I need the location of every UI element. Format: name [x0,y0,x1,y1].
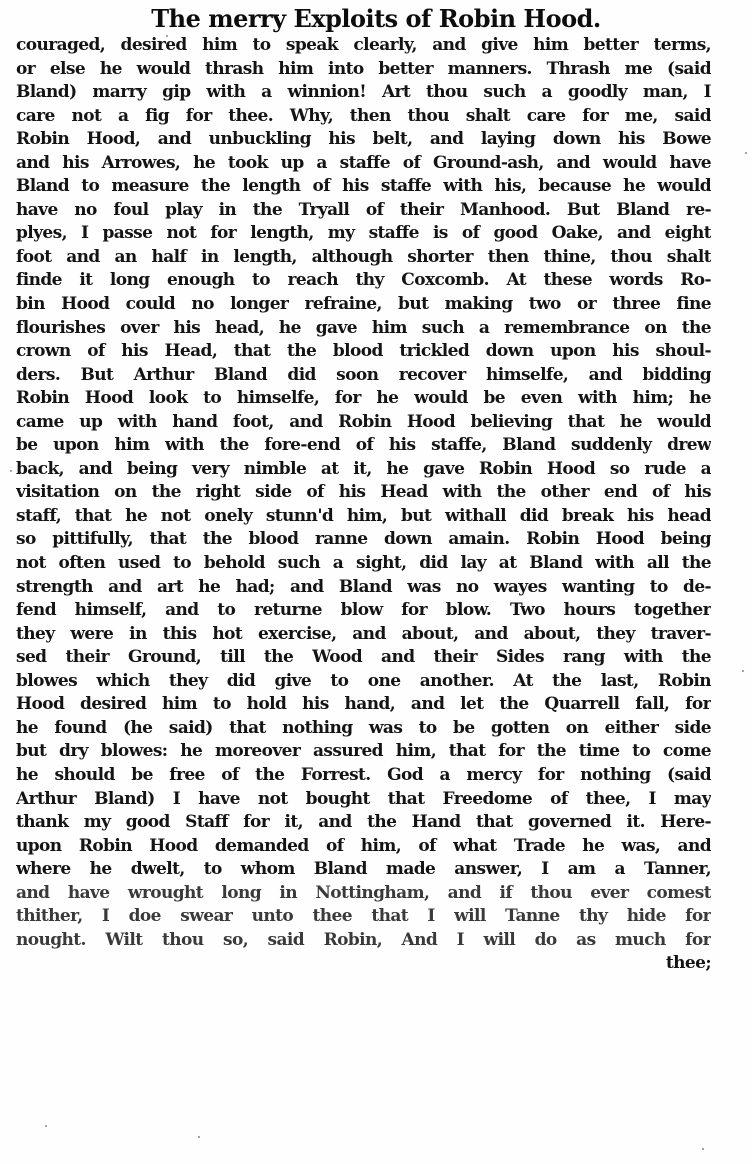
text-line: Robin Hood, and unbuckling his belt, and… [16,128,711,152]
text-line: and his Arrowes, he took up a staffe of … [16,152,711,176]
text-line: upon Robin Hood demanded of him, of what… [16,835,711,859]
text-line: they were in this hot exercise, and abou… [16,623,711,647]
text-line: Hood desired him to hold his hand, and l… [16,693,711,717]
text-line: visitation on the right side of his Head… [16,481,711,505]
print-speck [742,670,744,672]
text-line: came up with hand foot, and Robin Hood b… [16,411,711,435]
catchword: thee; [16,952,711,976]
text-line: sed their Ground, till the Wood and thei… [16,646,711,670]
text-line: back, and being very nimble at it, he ga… [16,458,711,482]
text-line: flourishes over his head, he gave him su… [16,317,711,341]
print-speck [198,1136,200,1138]
text-line: where he dwelt, to whom Bland made answe… [16,858,711,882]
print-speck [745,152,747,154]
text-line: strength and art he had; and Bland was n… [16,576,711,600]
text-line: but dry blowes: he moreover assured him,… [16,740,711,764]
print-speck [45,1125,47,1127]
text-line: not often used to behold such a sight, d… [16,552,711,576]
page-body-text: couraged, desired him to speak clearly, … [16,34,711,976]
text-line: fend himself, and to returne blow for bl… [16,599,711,623]
text-line: so pittifully, that the blood ranne down… [16,528,711,552]
text-line: Arthur Bland) I have not bought that Fre… [16,788,711,812]
text-line: Bland to measure the length of his staff… [16,175,711,199]
text-line: be upon him with the fore-end of his sta… [16,434,711,458]
text-line: finde it long enough to reach thy Coxcom… [16,269,711,293]
print-speck [702,1148,704,1150]
print-speck [10,470,12,472]
text-line: ders. But Arthur Bland did soon recover … [16,364,711,388]
text-line: couraged, desired him to speak clearly, … [16,34,711,58]
text-line: foot and an half in length, although sho… [16,246,711,270]
book-page: The merry Exploits of Robin Hood. courag… [0,0,752,1164]
text-line: Bland) marry gip with a winnion! Art tho… [16,81,711,105]
text-line: Robin Hood look to himselfe, for he woul… [16,387,711,411]
text-line: bin Hood could no longer refraine, but m… [16,293,711,317]
text-line: have no foul play in the Tryall of their… [16,199,711,223]
text-line: and have wrought long in Nottingham, and… [16,882,711,906]
text-line: crown of his Head, that the blood trickl… [16,340,711,364]
text-line: or else he would thrash him into better … [16,58,711,82]
text-line: thither, I doe swear unto thee that I wi… [16,905,711,929]
text-line: care not a fig for thee. Why, then thou … [16,105,711,129]
text-line: nought. Wilt thou so, said Robin, And I … [16,929,711,953]
running-title: The merry Exploits of Robin Hood. [0,2,752,36]
text-line: he found (he said) that nothing was to b… [16,717,711,741]
text-line: plyes, I passe not for length, my staffe… [16,222,711,246]
print-speck [166,35,168,37]
text-line: blowes which they did give to one anothe… [16,670,711,694]
text-line: he should be free of the Forrest. God a … [16,764,711,788]
text-line: staff, that he not onely stunn'd him, bu… [16,505,711,529]
text-line: thank my good Staff for it, and the Hand… [16,811,711,835]
